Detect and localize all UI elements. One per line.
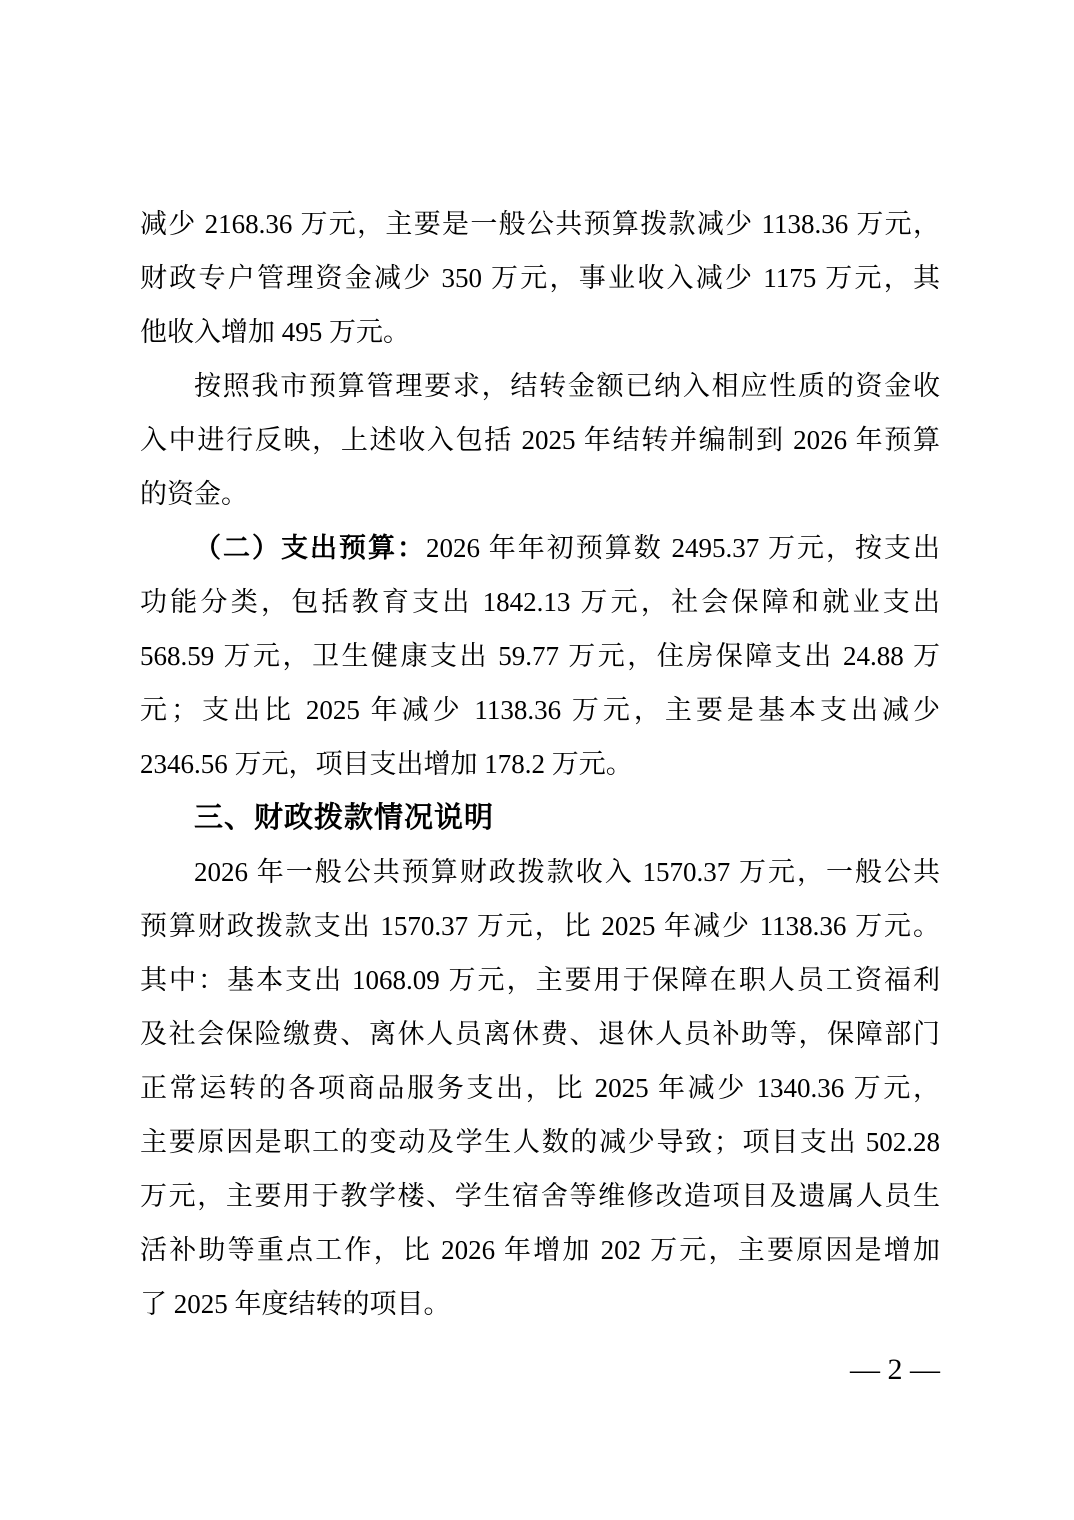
paragraph-line: 2346.56 万元，项目支出增加 178.2 万元。 xyxy=(140,737,940,791)
paragraph-line: 主要原因是职工的变动及学生人数的减少导致；项目支出 502.28 xyxy=(140,1115,940,1169)
paragraph-line: 的资金。 xyxy=(140,467,940,521)
paragraph-line: 预算财政拨款支出 1570.37 万元，比 2025 年减少 1138.36 万… xyxy=(140,899,940,953)
paragraph-text: 2026 年年初预算数 2495.37 万元，按支出 xyxy=(426,533,940,563)
page-number: — 2 — xyxy=(850,1350,940,1390)
document-page: 减少 2168.36 万元，主要是一般公共预算拨款减少 1138.36 万元， … xyxy=(0,0,1074,1520)
paragraph-line: 功能分类，包括教育支出 1842.13 万元，社会保障和就业支出 xyxy=(140,575,940,629)
paragraph-line: 活补助等重点工作，比 2026 年增加 202 万元，主要原因是增加 xyxy=(140,1223,940,1277)
paragraph-line: 万元，主要用于教学楼、学生宿舍等维修改造项目及遗属人员生 xyxy=(140,1169,940,1223)
paragraph-line: 按照我市预算管理要求，结转金额已纳入相应性质的资金收 xyxy=(140,359,940,413)
paragraph-line: 及社会保险缴费、离休人员离休费、退休人员补助等，保障部门 xyxy=(140,1007,940,1061)
paragraph-line: 财政专户管理资金减少 350 万元，事业收入减少 1175 万元，其 xyxy=(140,251,940,305)
paragraph-line: 入中进行反映，上述收入包括 2025 年结转并编制到 2026 年预算 xyxy=(140,413,940,467)
paragraph-line: 568.59 万元，卫生健康支出 59.77 万元，住房保障支出 24.88 万 xyxy=(140,629,940,683)
paragraph-line: 正常运转的各项商品服务支出，比 2025 年减少 1340.36 万元， xyxy=(140,1061,940,1115)
paragraph-line: 2026 年一般公共预算财政拨款收入 1570.37 万元，一般公共 xyxy=(140,845,940,899)
paragraph-line: 他收入增加 495 万元。 xyxy=(140,305,940,359)
document-body: 减少 2168.36 万元，主要是一般公共预算拨款减少 1138.36 万元， … xyxy=(140,197,940,1331)
paragraph-line: 其中：基本支出 1068.09 万元，主要用于保障在职人员工资福利 xyxy=(140,953,940,1007)
paragraph-line: 减少 2168.36 万元，主要是一般公共预算拨款减少 1138.36 万元， xyxy=(140,197,940,251)
section-heading: 三、财政拨款情况说明 xyxy=(140,791,940,845)
bold-lead-label: （二）支出预算： xyxy=(194,533,426,563)
paragraph-line: （二）支出预算：2026 年年初预算数 2495.37 万元，按支出 xyxy=(140,521,940,575)
paragraph-line: 元；支出比 2025 年减少 1138.36 万元，主要是基本支出减少 xyxy=(140,683,940,737)
paragraph-line: 了 2025 年度结转的项目。 xyxy=(140,1277,940,1331)
